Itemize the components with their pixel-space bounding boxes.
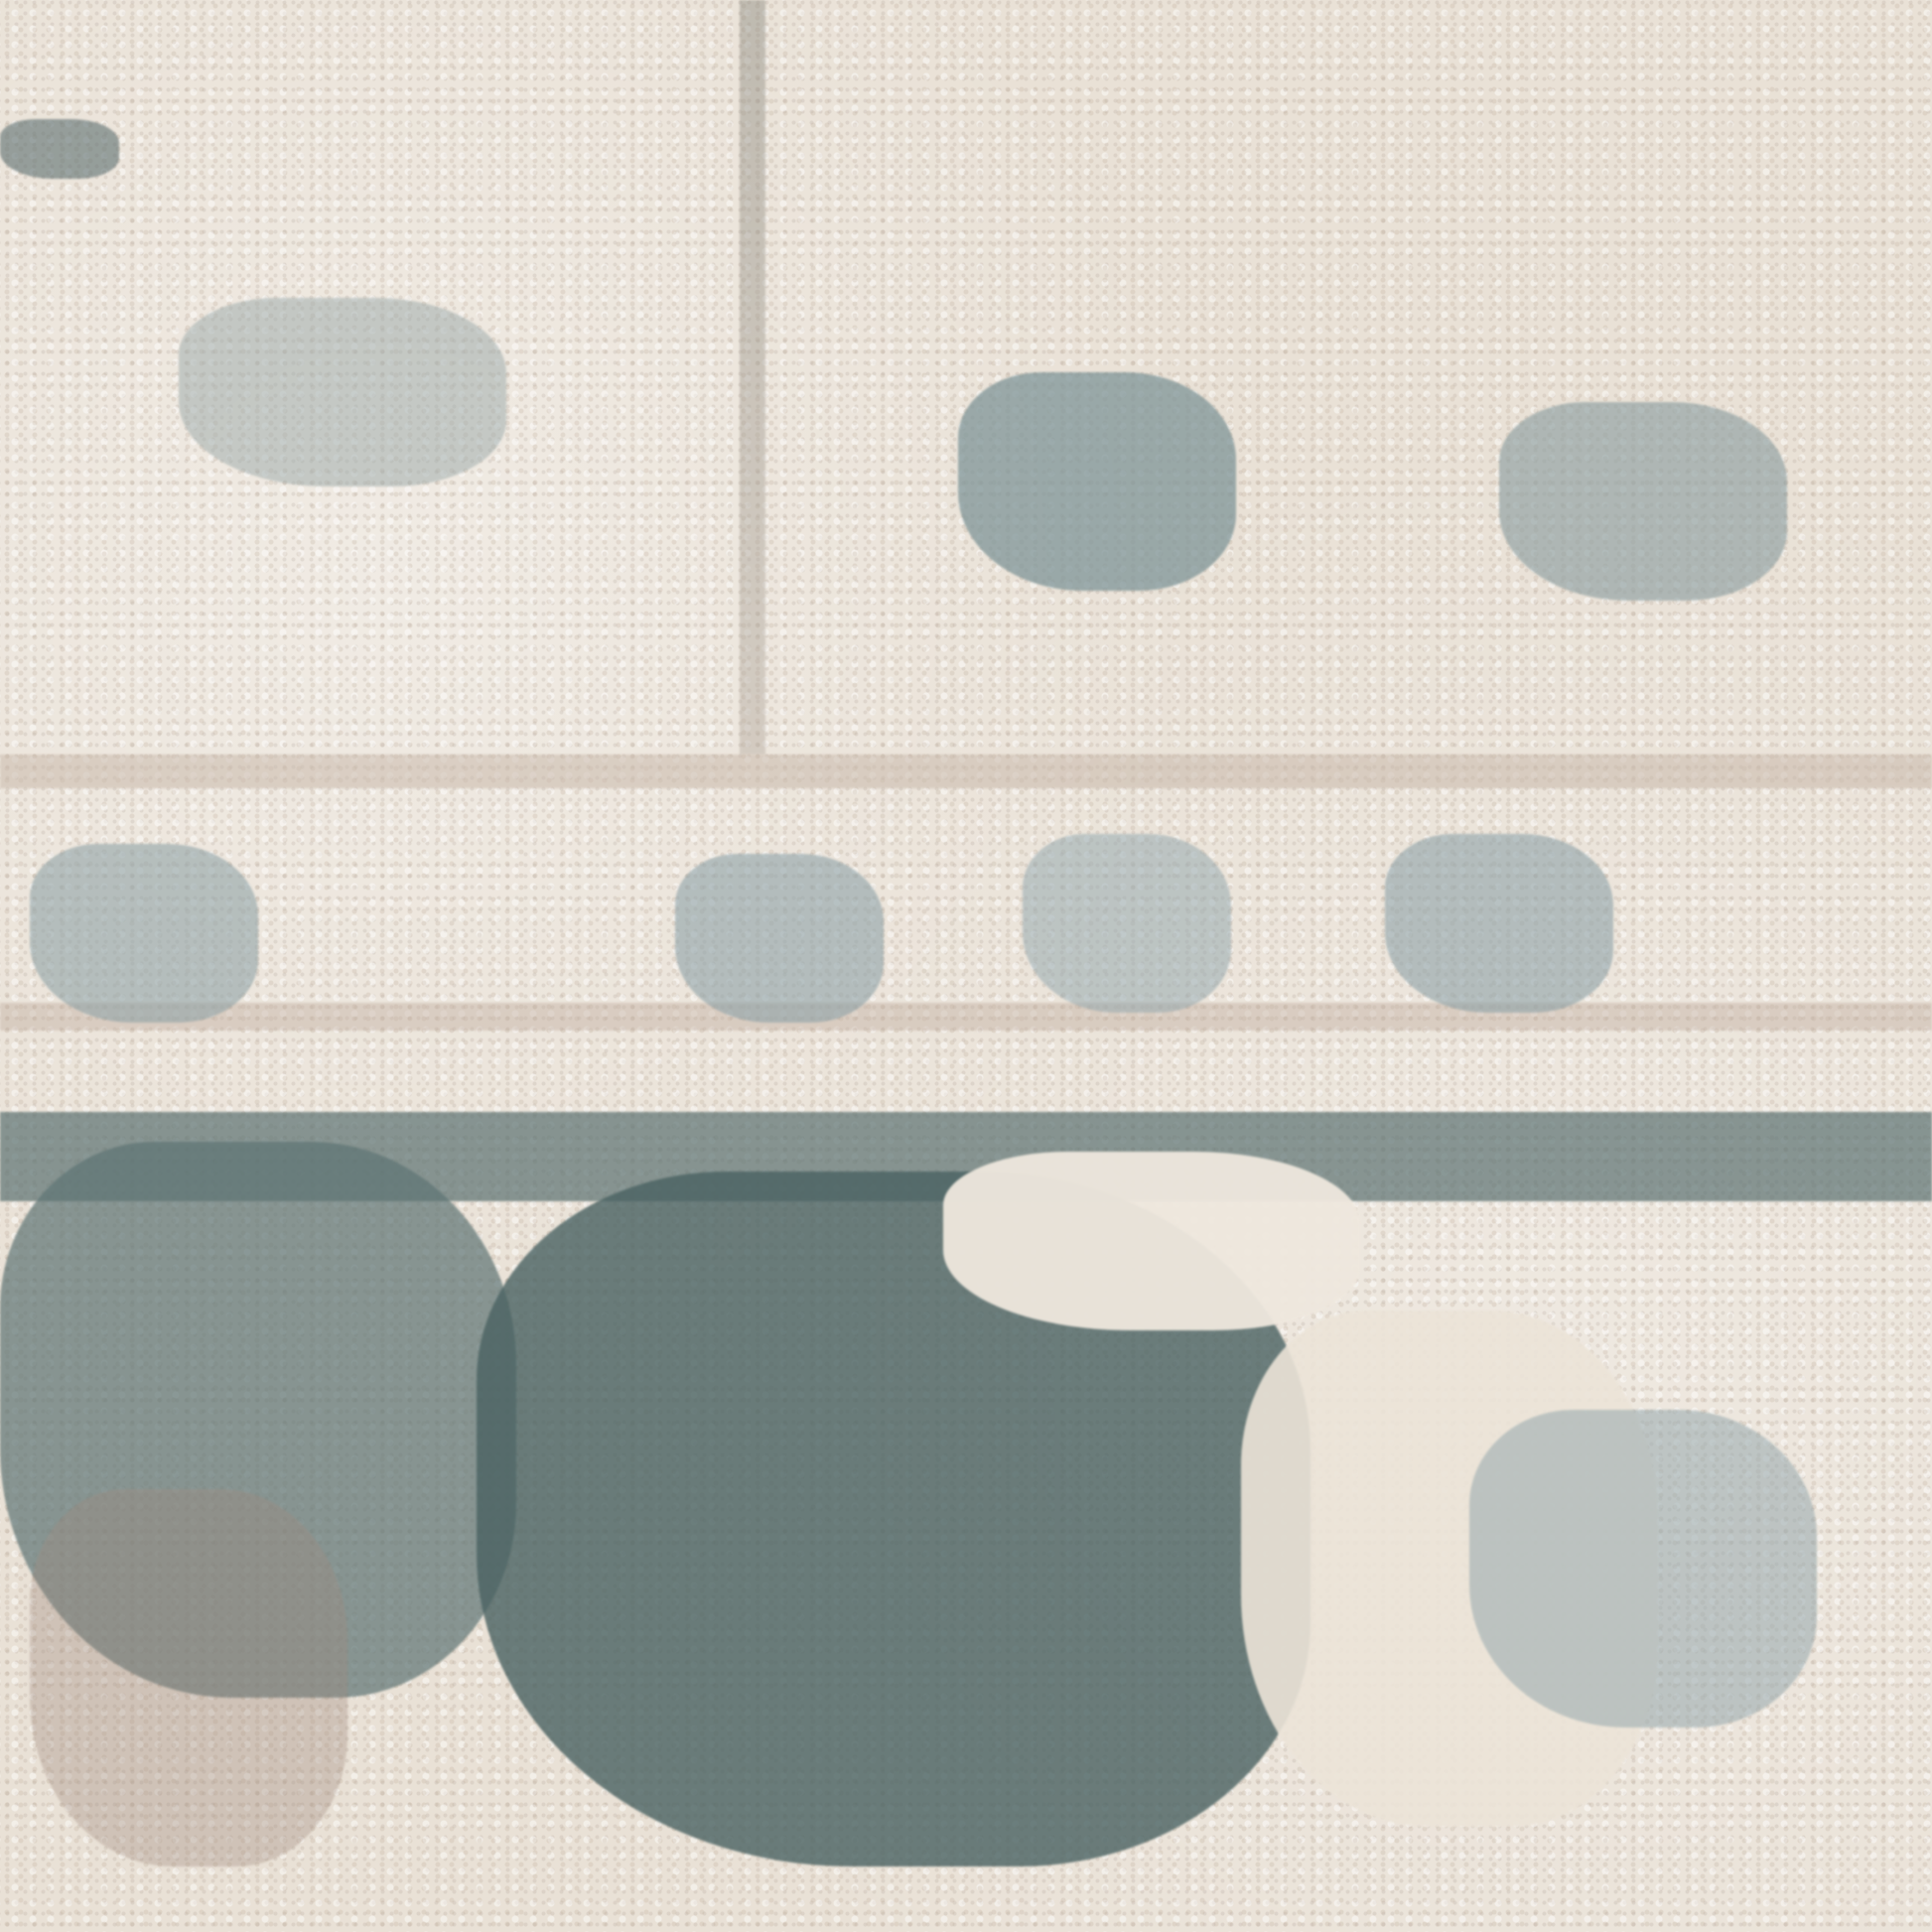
upper-stripe	[0, 755, 1932, 788]
center-right-flower-motif	[1385, 834, 1613, 1013]
left-flower-motif	[30, 844, 258, 1023]
top-left-dark-mark	[0, 119, 119, 179]
upper-left-motif	[179, 298, 506, 486]
upper-center-block-motif	[958, 372, 1236, 591]
center-flower-motif	[1023, 834, 1231, 1013]
lower-center-light-arch	[943, 1152, 1360, 1330]
rug-texture-photo	[0, 0, 1932, 1932]
mid-stripe	[0, 1003, 1932, 1031]
lower-left-brown-speckle	[30, 1489, 347, 1866]
upper-right-motif	[1499, 402, 1787, 601]
lower-right-blue-motif	[1469, 1410, 1817, 1727]
vertical-thread-line	[740, 0, 765, 755]
center-left-flower-motif	[675, 854, 884, 1023]
